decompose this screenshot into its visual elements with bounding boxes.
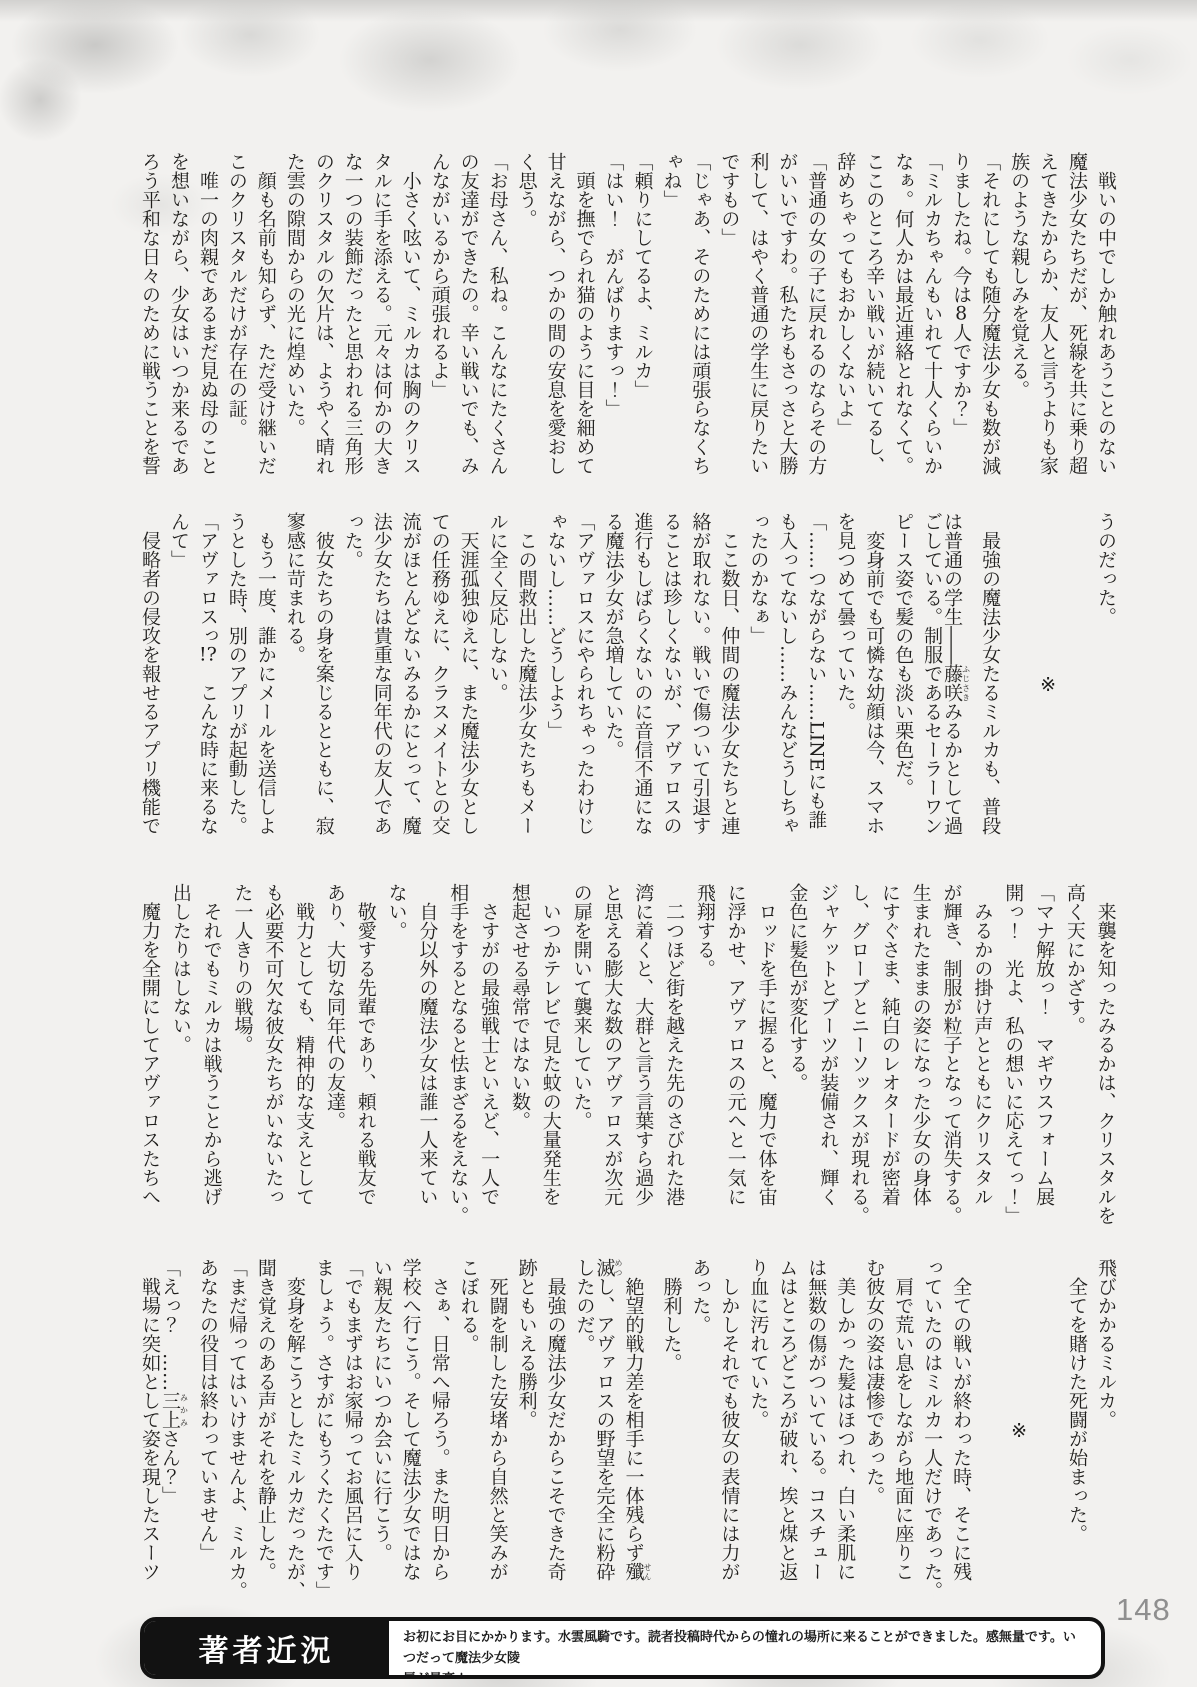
text-column: ですもの」: [719, 152, 738, 497]
text-column: も必要不可欠な彼女たちがいないたっ: [263, 883, 282, 1228]
text-column: 最強の魔法少女だからこそできた奇: [546, 1258, 565, 1603]
text-column: 絡が取れない。戦いで傷ついて引退す: [690, 512, 709, 857]
text-column: 「マナ解放っ！ マギウスフォーム展: [1034, 883, 1053, 1228]
text-column: みるかの掛け声とともにクリスタル: [972, 883, 991, 1228]
text-column: 族のような親しみを覚える。: [1009, 152, 1028, 497]
text-column: ロッドを手に握ると、魔力で体を宙: [757, 883, 776, 1228]
text-column: も入ってないし……みんなどうしちゃ: [777, 512, 796, 857]
text-column: ましょう。さすがにもうくたくたです」: [314, 1258, 333, 1603]
text-column: ることは珍しくないが、アヴァロスの: [661, 512, 680, 857]
text-column: 全てを賭けた死闘が始まった。: [1067, 1258, 1086, 1603]
text-column: ここ数日、仲間の魔法少女たちと連: [719, 512, 738, 857]
text-column: 彼女たちの身を案じるとともに、寂: [314, 512, 333, 857]
text-column: 顔も名前も知らず、ただ受け継いだ: [256, 152, 275, 497]
text-column: 流がほとんどないみるかにとって、魔: [401, 512, 420, 857]
text-column: えてきたからか、友人と言うよりも家: [1038, 152, 1057, 497]
text-column: く思う。: [517, 152, 536, 497]
text-column: ろう平和な日々のために戦うことを誓: [140, 152, 159, 497]
text-column: 金色に髪色が変化する。: [787, 883, 806, 1228]
text-column: もう一度、誰かにメールを送信しよ: [256, 512, 275, 857]
text-column: 学校へ行こう。そして魔法少女ではな: [401, 1258, 420, 1603]
author-note-line2: 辱が最高！: [403, 1671, 468, 1679]
text-column: は普通の学生――藤咲ふじさきみるかとして過: [951, 512, 970, 857]
text-column: んながいるから頑張れるよ」: [430, 152, 449, 497]
text-column: 飛びかかるミルカ。: [1096, 1258, 1115, 1603]
text-column: タルに手を添える。元々は何かの大き: [372, 152, 391, 497]
text-column: が輝き、制服が粒子となって消失する。: [942, 883, 961, 1228]
text-column: しかしそれでも彼女の表情には力が: [719, 1258, 738, 1603]
text-column: る魔法少女が急増していた。: [604, 512, 623, 857]
text-column: を見つめて曇っていた。: [835, 512, 854, 857]
text-column: 「ミルカちゃんもいれて十人くらいか: [922, 152, 941, 497]
text-column: さぁ、日常へ帰ろう。また明日から: [430, 1258, 449, 1603]
reference-mark: ※: [1009, 1258, 1028, 1603]
text-column: ったのかなぁ」: [748, 512, 767, 857]
text-column: 魔力を全開にしてアヴァロスたちへ: [140, 883, 159, 1228]
text-column: 戦いの中でしか触れあうことのない: [1096, 152, 1115, 497]
text-column: ゃね」: [661, 152, 680, 497]
text-column: 魔法少女たちだが、死線を共に乗り超: [1067, 152, 1086, 497]
text-column: 「えっ？ ……三上みかみさん？」: [169, 1258, 188, 1603]
text-column: 唯一の肉親であるまだ見ぬ母のこと: [198, 152, 217, 497]
text-column: ジャケットとブーツが装備され、輝く: [818, 883, 837, 1228]
text-column: あった。: [690, 1258, 709, 1603]
text-column: うとした時、別のアプリが起動した。: [227, 512, 246, 857]
text-column: 湾に着くと、大群と言う言葉すら過少: [633, 883, 652, 1228]
text-column: 跡ともいえる勝利。: [517, 1258, 536, 1603]
text-column: 侵略者の侵攻を報せるアプリ機能で: [140, 512, 159, 857]
text-column: 「でもまずはお家帰ってお風呂に入り: [343, 1258, 362, 1603]
text-column: 滅めつし、アヴァロスの野望を完全に粉砕: [604, 1258, 623, 1603]
text-column: 来襲を知ったみるかは、クリスタルを: [1096, 883, 1115, 1228]
text-band-3: 来襲を知ったみるかは、クリスタルを高く天にかざす。「マナ解放っ！ マギウスフォー…: [140, 883, 1115, 1228]
text-column: ゃないし……どうしよう」: [546, 512, 565, 857]
text-column: は無数の傷がついている。コスチュー: [806, 1258, 825, 1603]
text-column: 「頼りにしてるよ、ミルカ」: [632, 152, 651, 497]
text-column: うのだった。: [1096, 512, 1115, 857]
text-column: 聞き覚えのある声がそれを静止した。: [256, 1258, 275, 1603]
text-column: 「まだ帰ってはいけませんよ、ミルカ。: [227, 1258, 246, 1603]
text-column: したのだ。: [575, 1258, 594, 1603]
text-column: 開っ！ 光よ、私の想いに応えてっ！」: [1003, 883, 1022, 1228]
text-column: 美しかった髪はほつれ、白い柔肌に: [835, 1258, 854, 1603]
text-column: [1009, 512, 1028, 857]
text-column: 飛翔する。: [695, 883, 714, 1228]
text-band-4: 飛びかかるミルカ。全てを賭けた死闘が始まった。※全ての戦いが終わった時、そこに残…: [140, 1258, 1115, 1603]
text-column: 「……つながらない……LINEにも誰: [806, 512, 825, 857]
text-column: 死闘を制した安堵から自然と笑みが: [488, 1258, 507, 1603]
text-column: に浮かせ、アヴァロスの元へと一気に: [726, 883, 745, 1228]
text-column: 出したりはしない。: [171, 883, 190, 1228]
text-column: 「それにしても随分魔法少女も数が減: [980, 152, 999, 497]
text-column: 甘えながら、つかの間の安息を愛おし: [546, 152, 565, 497]
text-column: 全ての戦いが終わった時、そこに残: [951, 1258, 970, 1603]
text-column: 自分以外の魔法少女は誰一人来てい: [417, 883, 436, 1228]
text-column: と思える膨大な数のアヴァロスが次元: [602, 883, 621, 1228]
text-column: 敬愛する先輩であり、頼れる戦友で: [356, 883, 375, 1228]
text-column: ない。: [387, 883, 406, 1228]
text-column: 「じゃあ、そのためには頑張らなくち: [690, 152, 709, 497]
text-column: し、グローブとニーソックスが現れる。: [849, 883, 868, 1228]
text-column: いつかテレビで見た蚊の大量発生を: [541, 883, 560, 1228]
text-band-1: 戦いの中でしか触れあうことのない魔法少女たちだが、死線を共に乗り超えてきたからか…: [140, 152, 1115, 497]
text-column: こぼれる。: [459, 1258, 478, 1603]
text-column: さすがの最強戦士といえど、一人で: [479, 883, 498, 1228]
text-column: [1067, 512, 1086, 857]
text-column: 二つほど街を越えた先のさびれた港: [664, 883, 683, 1228]
text-column: 変身前でも可憐な幼顔は今、スマホ: [864, 512, 883, 857]
text-column: 最強の魔法少女たるミルカも、普段: [980, 512, 999, 857]
text-column: なぁ。何人かは最近連絡とれなくて。: [893, 152, 912, 497]
text-column: 「普通の女の子に戻れるのならその方: [806, 152, 825, 497]
author-note-text: お初にお目にかかります。水雲風騎です。読者投稿時代からの憧れの場所に来ることがで…: [389, 1621, 1101, 1675]
text-column: 小さく呟いて、ミルカは胸のクリス: [401, 152, 420, 497]
text-column: のクリスタルの欠片は、ようやく晴れ: [314, 152, 333, 497]
text-column: ムはところどころが破れ、埃と煤と返: [777, 1258, 796, 1603]
text-column: [980, 1258, 999, 1603]
author-note-line1: お初にお目にかかります。水雲風騎です。読者投稿時代からの憧れの場所に来ることがで…: [403, 1629, 1076, 1665]
text-column: 想起させる尋常ではない数。: [510, 883, 529, 1228]
text-column: 寥感に苛まれる。: [285, 512, 304, 857]
text-column: た一人きりの戦場。: [232, 883, 251, 1228]
text-column: [1038, 1258, 1057, 1603]
text-column: この間救出した魔法少女たちもメー: [517, 512, 536, 857]
text-column: 肩で荒い息をしながら地面に座りこ: [893, 1258, 912, 1603]
text-column: た雲の隙間からの光に煌めいた。: [285, 152, 304, 497]
text-column: を想いながら、少女はいつか来るであ: [169, 152, 188, 497]
text-column: ての任務ゆえに、クラスメイトとの交: [430, 512, 449, 857]
text-column: 戦場に突如として姿を現したスーツ: [140, 1258, 159, 1603]
text-column: の友達ができたの。辛い戦いでも、み: [459, 152, 478, 497]
text-column: がいいですわ。私たちもさっさと大勝: [777, 152, 796, 497]
text-column: 利して、はやく普通の学生に戻りたい: [748, 152, 767, 497]
furigana-ruby: 藤咲ふじさき: [941, 664, 963, 702]
reference-mark: ※: [1038, 512, 1057, 857]
text-column: っていたのはミルカ一人だけであった。: [922, 1258, 941, 1603]
text-column: い親友たちにいつか会いに行こう。: [372, 1258, 391, 1603]
text-column: 絶望的戦力差を相手に一体残らず殲せん: [632, 1258, 651, 1603]
tatechuyoko-text: !?: [197, 645, 219, 664]
text-column: ルに全く反応しない。: [488, 512, 507, 857]
text-column: り血に汚れていた。: [748, 1258, 767, 1603]
text-column: このクリスタルだけが存在の証。: [227, 152, 246, 497]
text-column: それでもミルカは戦うことから逃げ: [202, 883, 221, 1228]
tatechuyoko-text: 8: [950, 304, 972, 323]
text-column: 「アヴァロスっ!? こんな時に来るな: [198, 512, 217, 857]
text-column: ごしている。制服であるセーラーワン: [922, 512, 941, 857]
text-column: あなたの役目は終わっていません」: [198, 1258, 217, 1603]
text-column: 勝利した。: [661, 1258, 680, 1603]
text-column: った。: [343, 512, 362, 857]
furigana-ruby: 殲せん: [622, 1562, 644, 1581]
text-column: 生まれたままの姿になった少女の身体: [911, 883, 930, 1228]
text-column: にすぐさま、純白のレオタードが密着: [880, 883, 899, 1228]
text-column: ここのところ辛い戦いが続いてるし、: [864, 152, 883, 497]
text-column: 法少女たちは貴重な同年代の友人であ: [372, 512, 391, 857]
text-column: りましたね。今は8人ですか？」: [951, 152, 970, 497]
text-column: 天涯孤独ゆえに、また魔法少女とし: [459, 512, 478, 857]
text-column: 辞めちゃってもおかしくないよ」: [835, 152, 854, 497]
text-column: な一つの装飾だったと思われる三角形: [343, 152, 362, 497]
text-column: 高く天にかざす。: [1065, 883, 1084, 1228]
text-column: 変身を解こうとしたミルカだったが、: [285, 1258, 304, 1603]
text-column: の扉を開いて襲来していた。: [572, 883, 591, 1228]
text-column: あり、大切な同年代の友達。: [325, 883, 344, 1228]
text-column: 「お母さん、私ね。こんなにたくさん: [488, 152, 507, 497]
furigana-ruby: 三上みかみ: [159, 1391, 181, 1429]
text-column: 相手をするとなると怯まざるをえない。: [448, 883, 467, 1228]
author-note-label: 著者近況: [144, 1621, 389, 1675]
text-column: 進行もしばらくないのに音信不通にな: [632, 512, 651, 857]
text-column: ピース姿で髪の色も淡い栗色だ。: [893, 512, 912, 857]
text-column: 頭を撫でられ猫のように目を細めて: [575, 152, 594, 497]
text-band-2: うのだった。※最強の魔法少女たるミルカも、普段は普通の学生――藤咲ふじさきみるか…: [140, 512, 1115, 857]
text-column: んて」: [169, 512, 188, 857]
page-number: 148: [1116, 1592, 1171, 1628]
text-column: む彼女の姿は凄惨であった。: [864, 1258, 883, 1603]
text-column: 戦力としても、精神的な支えとして: [294, 883, 313, 1228]
text-column: 「はい！ がんばりますっ！」: [604, 152, 623, 497]
text-column: 「アヴァロスにやられちゃったわけじ: [575, 512, 594, 857]
furigana-ruby: 滅めつ: [594, 1258, 616, 1277]
author-note-box: 著者近況 お初にお目にかかります。水雲風騎です。読者投稿時代からの憧れの場所に来…: [140, 1617, 1105, 1679]
